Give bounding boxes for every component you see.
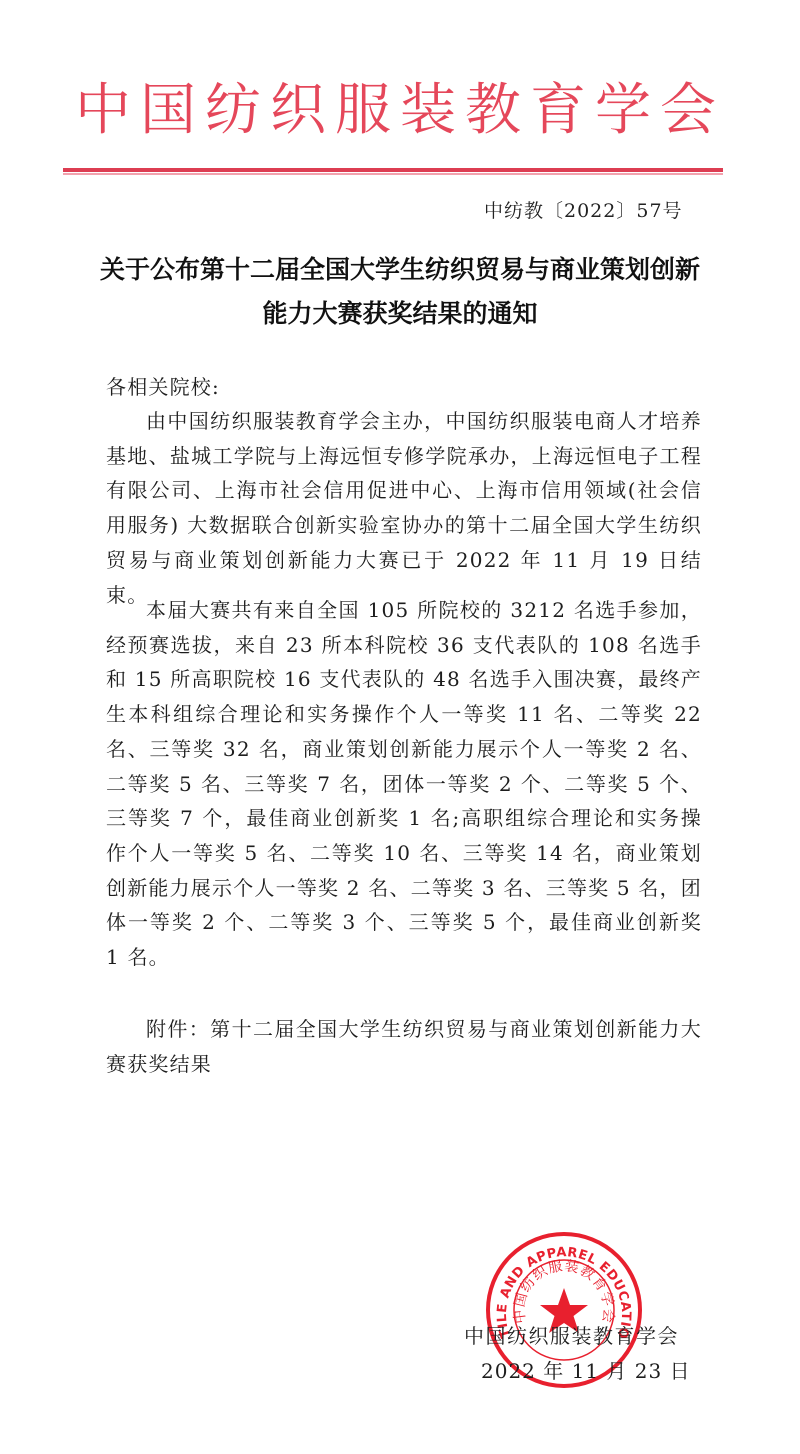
signer-organization: 中国纺织服装教育学会 bbox=[464, 1320, 679, 1349]
masthead-title: 中国纺织服装教育学会 bbox=[0, 78, 800, 144]
document-title: 关于公布第十二届全国大学生纺织贸易与商业策划创新 能力大赛获奖结果的通知 bbox=[80, 248, 720, 336]
masthead-rule-thin bbox=[63, 173, 723, 175]
document-title-line-2: 能力大赛获奖结果的通知 bbox=[80, 292, 720, 336]
signature-date: 2022 年 11 月 23 日 bbox=[481, 1355, 691, 1384]
attachment-note: 附件：第十二届全国大学生纺织贸易与商业策划创新能力大赛获奖结果 bbox=[106, 1012, 702, 1081]
document-number: 中纺教〔2022〕57号 bbox=[484, 196, 683, 223]
salutation: 各相关院校: bbox=[106, 370, 702, 405]
document-title-line-1: 关于公布第十二届全国大学生纺织贸易与商业策划创新 bbox=[80, 248, 720, 292]
body-paragraph-2: 本届大赛共有来自全国 105 所院校的 3212 名选手参加，经预赛选拔，来自 … bbox=[106, 593, 702, 975]
body-paragraph-1: 由中国纺织服装教育学会主办，中国纺织服装电商人才培养基地、盐城工学院与上海远恒专… bbox=[106, 404, 702, 612]
masthead-rule-thick bbox=[63, 168, 723, 172]
